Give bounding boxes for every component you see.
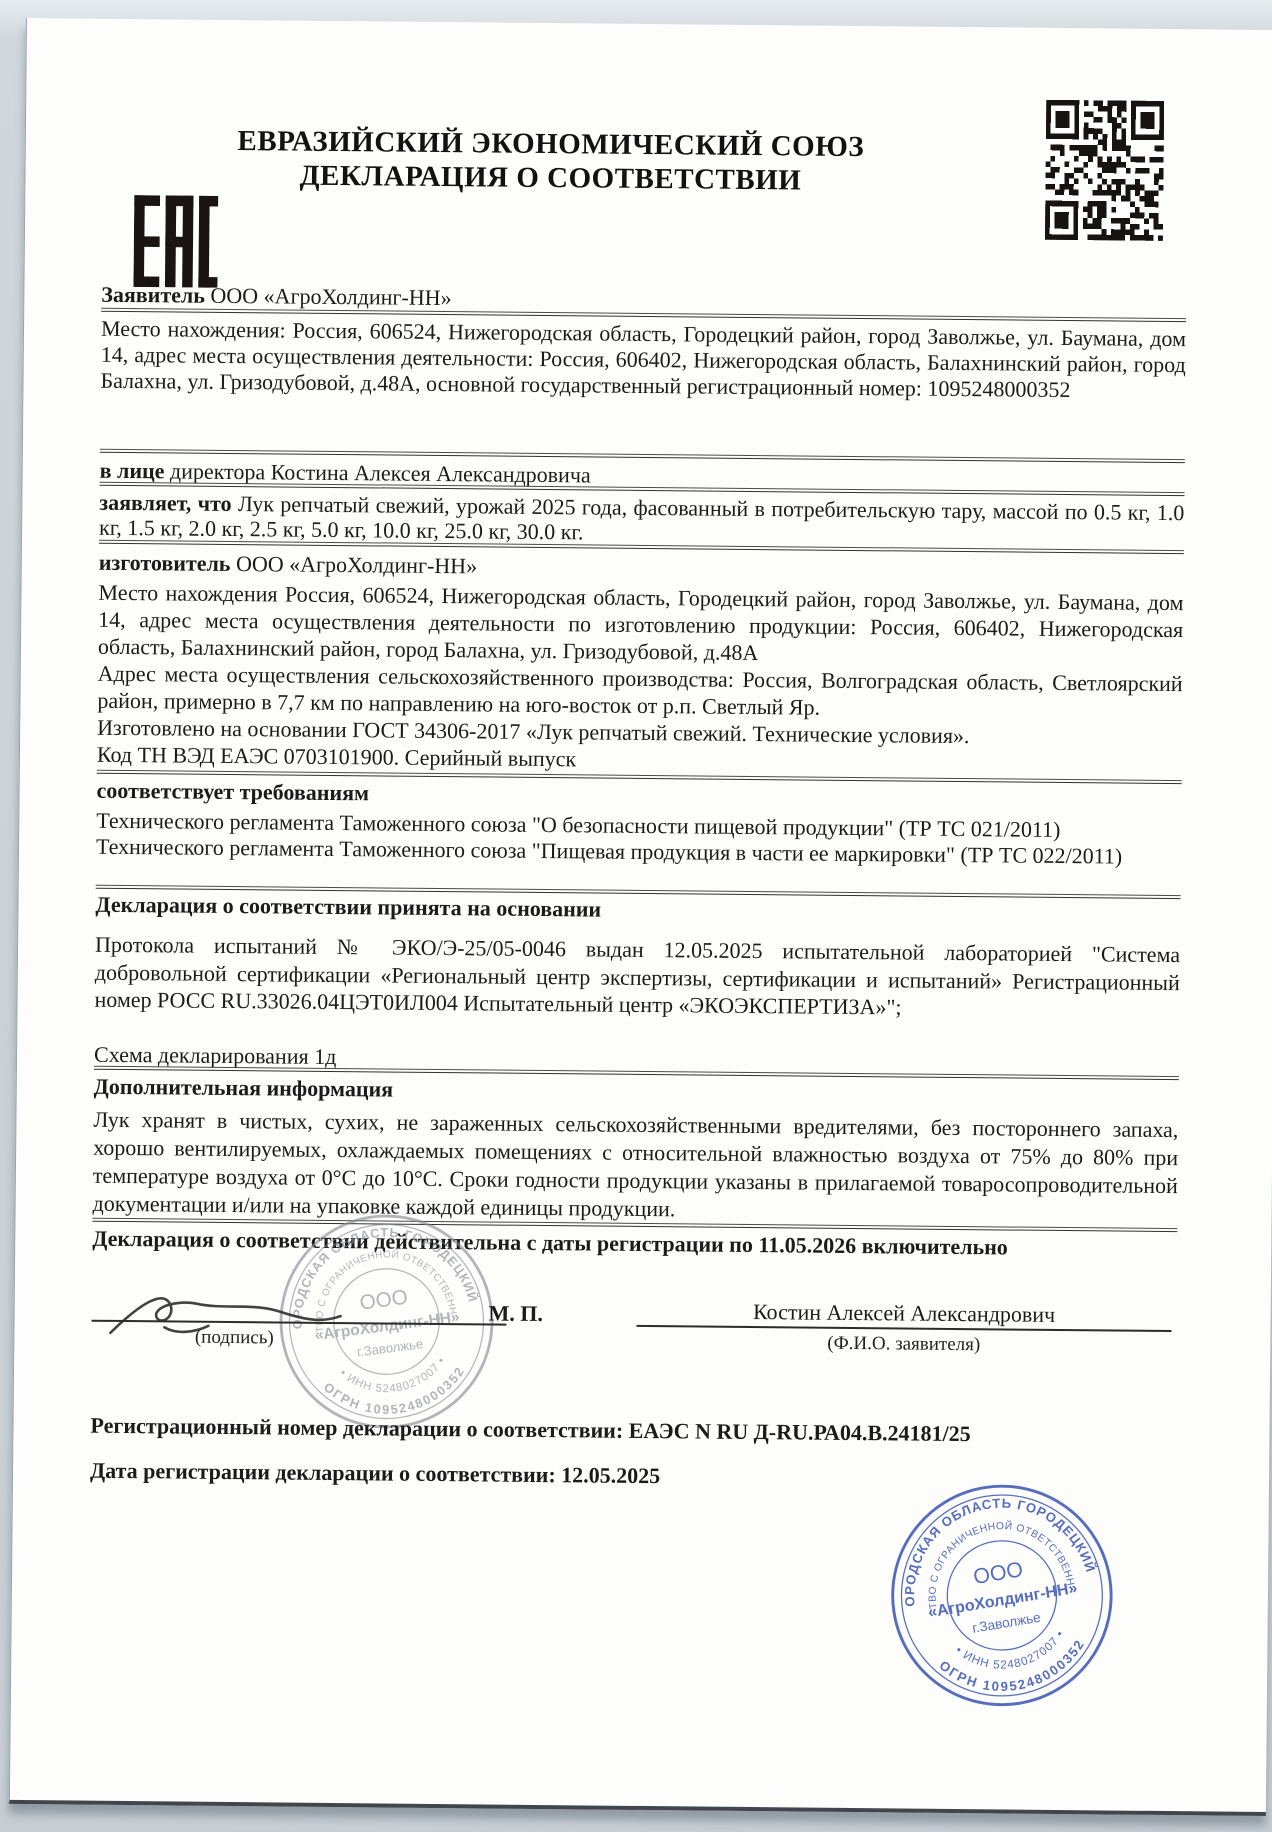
manufacturer-details: Место нахождения Россия, 606524, Нижегор… xyxy=(97,579,1184,778)
applicant-fio-name: Костин Алексей Александрович xyxy=(636,1298,1171,1329)
declares-value: Лук репчатый свежий, урожай 2025 года, ф… xyxy=(99,491,1184,544)
signature-caption: (подпись) xyxy=(144,1326,324,1350)
svg-text:г.Заволжье: г.Заволжье xyxy=(971,1610,1042,1636)
company-stamp-blue: НИЖЕГОРОДСКАЯ ОБЛАСТЬ ГОРОДЕЦКИЙ РАЙОН О… xyxy=(884,1477,1120,1713)
applicant-address: Место нахождения: Россия, 606524, Нижего… xyxy=(100,316,1186,404)
applicant-value: ООО «АгроХолдинг-НН» xyxy=(210,283,451,310)
basis-text: Протокола испытаний № ЭКО/Э-25/05-0046 в… xyxy=(94,931,1180,1024)
manufacturer-value: ООО «АгроХолдинг-НН» xyxy=(236,551,477,578)
additional-info-header: Дополнительная информация xyxy=(94,1074,1179,1110)
requirements-list: Технического регламента Таможенного союз… xyxy=(96,808,1181,870)
applicant-label: Заявитель xyxy=(101,282,205,308)
svg-text:ООО: ООО xyxy=(972,1557,1025,1589)
registration-number-line: Регистрационный номер декларации о соотв… xyxy=(90,1413,1175,1449)
additional-info-text: Лук хранят в чистых, сухих, не зараженны… xyxy=(92,1106,1178,1228)
document-title: ЕВРАЗИЙСКИЙ ЭКОНОМИЧЕСКИЙ СОЮЗ ДЕКЛАРАЦИ… xyxy=(120,123,981,199)
scanned-paper-page: ЕВРАЗИЙСКИЙ ЭКОНОМИЧЕСКИЙ СОЮЗ ДЕКЛАРАЦИ… xyxy=(9,18,1272,1816)
fio-caption: (Ф.И.О. заявителя) xyxy=(636,1331,1171,1358)
qr-code xyxy=(1045,100,1164,241)
svg-text:г.Заволжье: г.Заволжье xyxy=(356,1336,424,1360)
validity-statement: Декларация о соответствии действительна … xyxy=(92,1226,1177,1262)
declares-label: заявляет, что xyxy=(99,490,231,516)
svg-text:ООО: ООО xyxy=(358,1286,409,1315)
in-person-label: в лице xyxy=(100,458,165,484)
eac-conformity-mark-icon xyxy=(133,194,218,294)
scanned-document-background: { "header": { "title_line1": "ЕВРАЗИЙСКИ… xyxy=(0,0,1272,1832)
stamp-place-label: М. П. xyxy=(488,1301,543,1328)
manufacturer-address: Место нахождения Россия, 606524, Нижегор… xyxy=(98,579,1184,670)
manufacturer-label: изготовитель xyxy=(99,550,231,576)
